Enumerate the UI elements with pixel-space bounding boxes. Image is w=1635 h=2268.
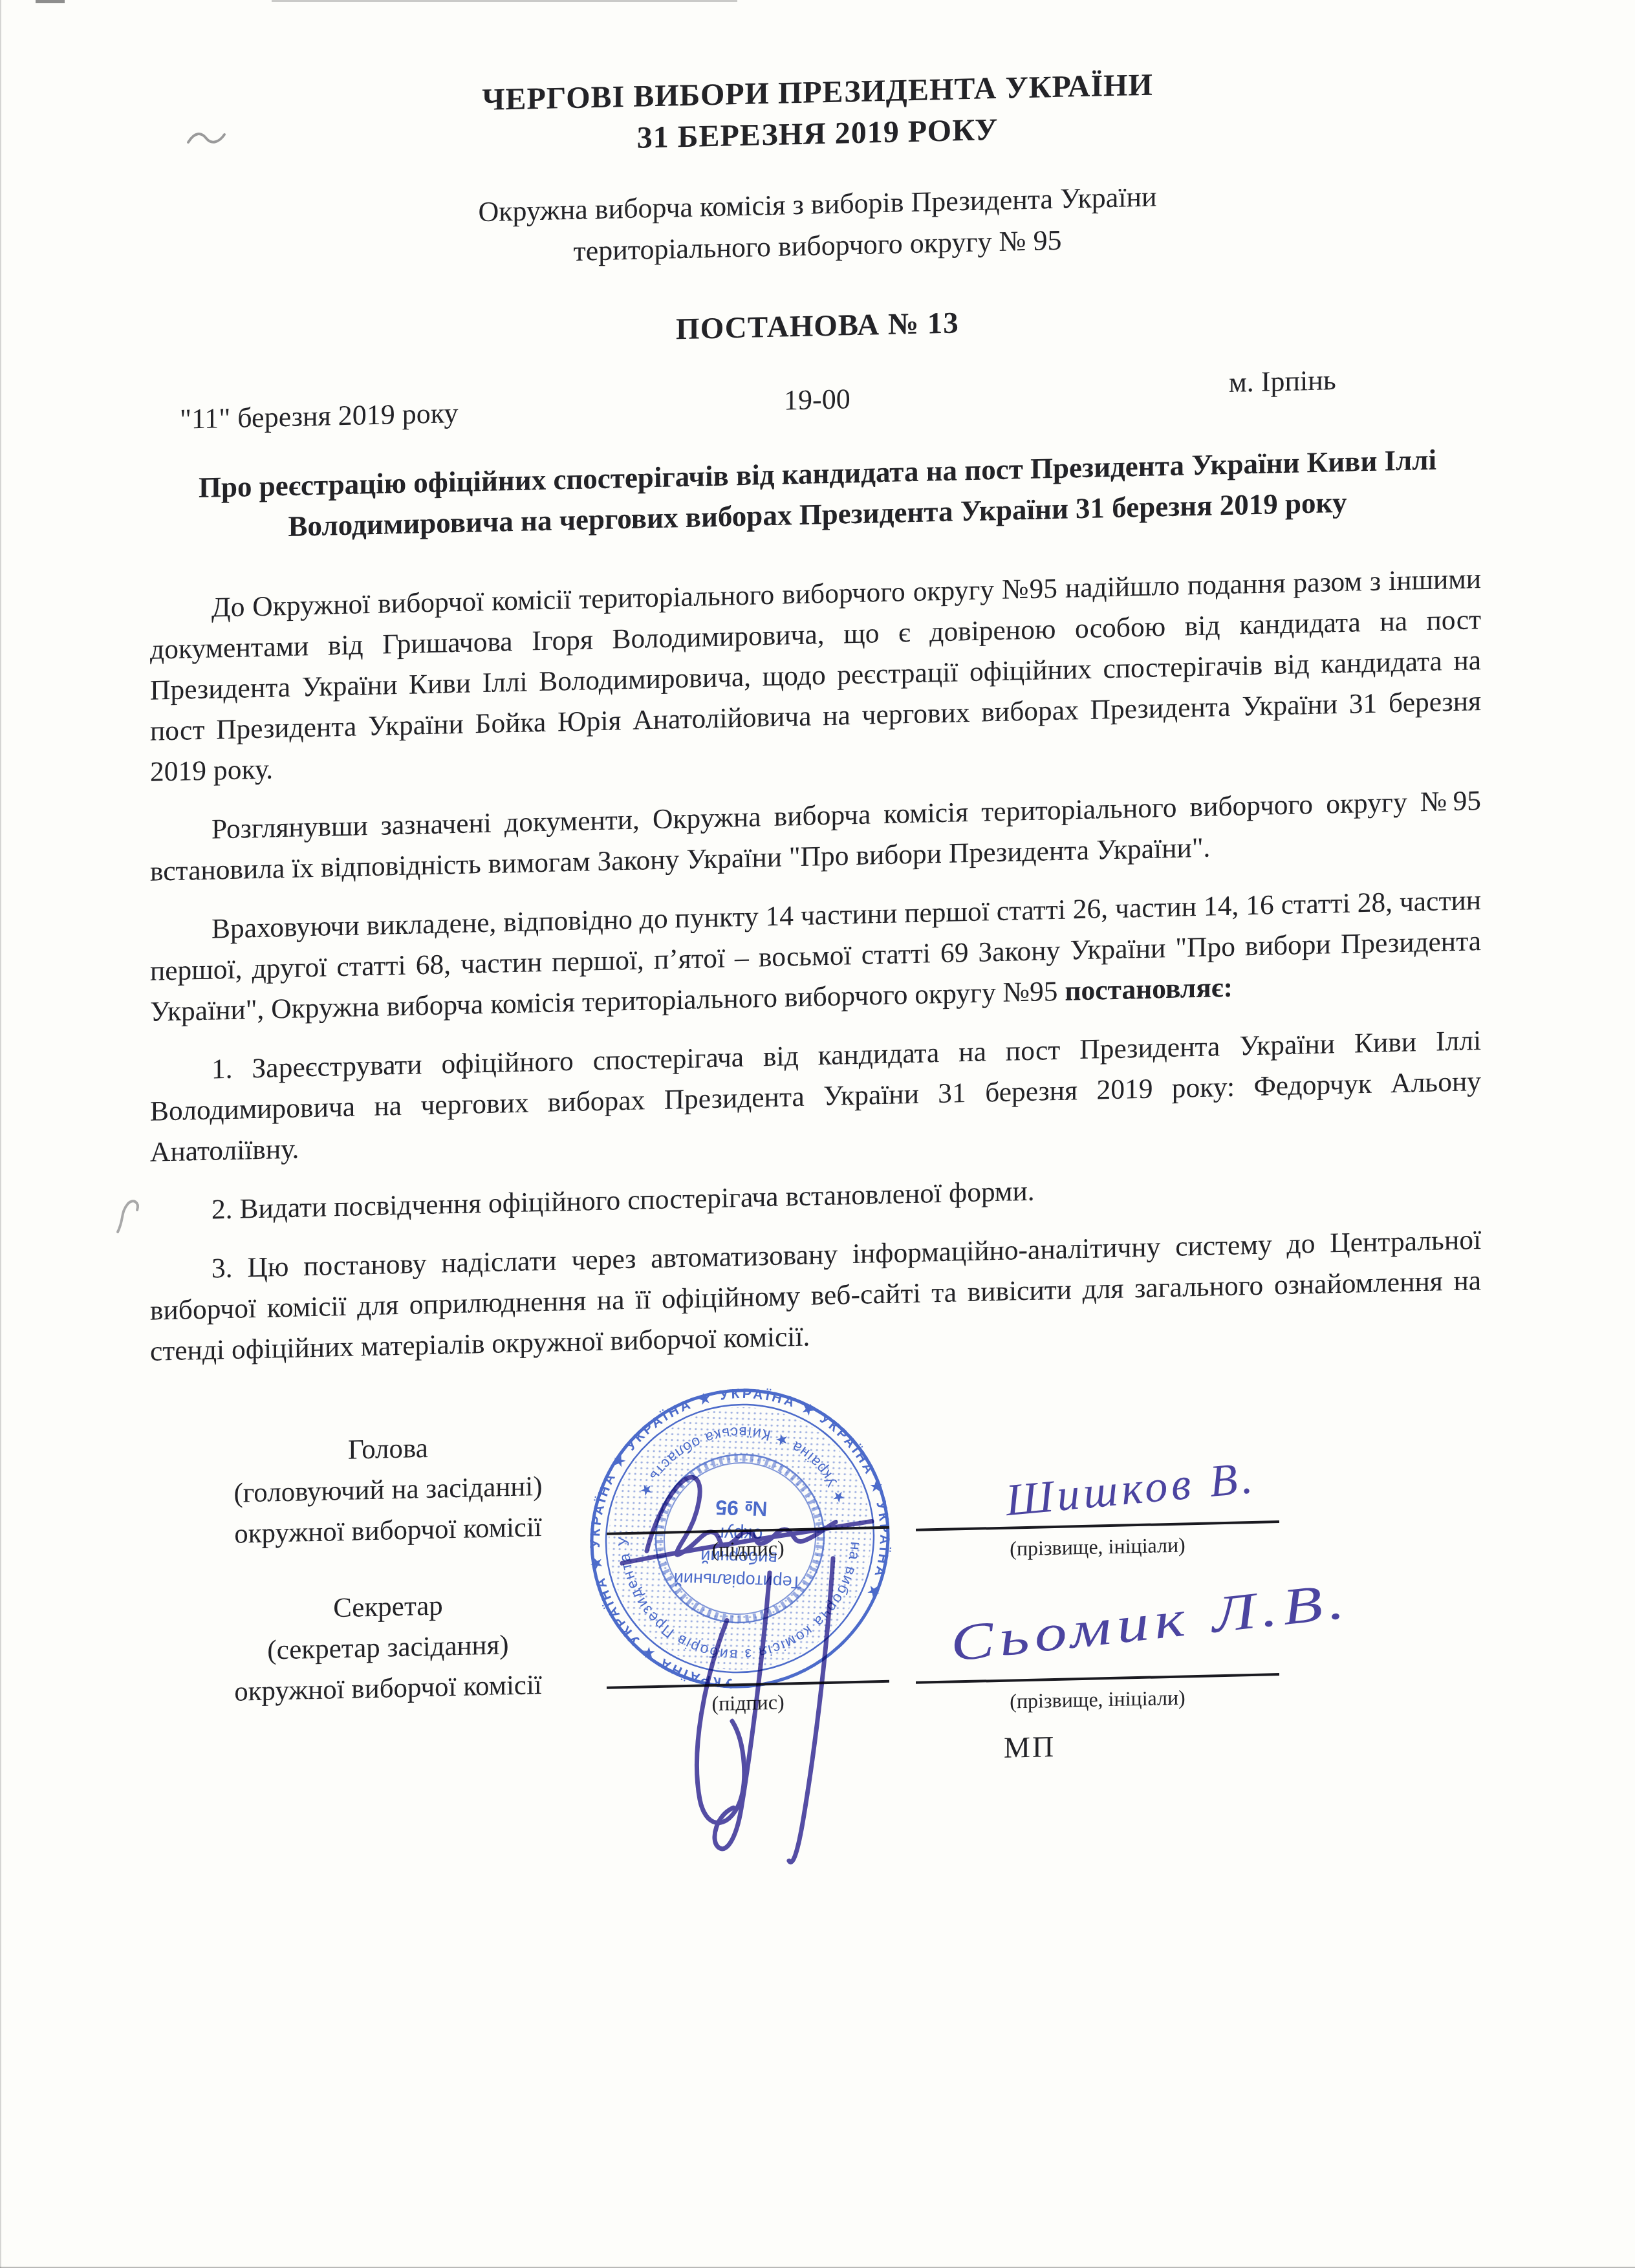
paragraph-3-text: Враховуючи викладене, відповідно до пунк… [150,885,1481,1028]
secretary-signature-ink [697,1620,744,1823]
document-header: ЧЕРГОВІ ВИБОРИ ПРЕЗИДЕНТА УКРАЇНИ 31 БЕР… [0,54,1635,173]
secretary-signature-ink [715,1573,770,1849]
paragraph-3: Враховуючи викладене, відповідно до пунк… [150,880,1481,1033]
resolution-item-2: 2. Видати посвідчення офіційного спостер… [150,1161,1481,1232]
resolution-title: ПОСТАНОВА № 13 [0,287,1635,365]
paragraph-3-resolves-word: постановляє: [1065,972,1233,1007]
paragraph-1: До Окружної виборчої комісії територіаль… [150,559,1481,793]
resolution-time: 19-00 [784,382,850,416]
resolution-item-1: 1. Зареєструвати офіційного спостерігача… [150,1021,1481,1173]
commission-name: Окружна виборча комісія з виборів Презид… [0,166,1635,285]
signature-section: УКРАЇНА ★ УКРАЇНА ★ УКРАЇНА ★ УКРАЇНА ★ … [0,1362,1635,1955]
seal-place-mark: МП [1004,1729,1056,1765]
paragraph-2: Розглянувши зазначені документи, Окружна… [150,781,1481,892]
scanned-document-page: ЧЕРГОВІ ВИБОРИ ПРЕЗИДЕНТА УКРАЇНИ 31 БЕР… [0,0,1635,2268]
resolution-subject: Про реєстрацію офіційних спостерігачів в… [177,439,1458,550]
meta-row: "11" березня 2019 року 19-00 м. Ірпінь [0,361,1635,443]
handwritten-signatures [0,1362,1635,1955]
secretary-signature-ink [789,1559,833,1863]
resolution-date: "11" березня 2019 року [180,396,459,436]
resolution-item-3: 3. Цю постанову надіслати через автомати… [150,1220,1481,1372]
resolution-place: м. Ірпінь [1229,363,1336,399]
resolution-body: До Окружної виборчої комісії територіаль… [0,556,1635,1376]
document-content: ЧЕРГОВІ ВИБОРИ ПРЕЗИДЕНТА УКРАЇНИ 31 БЕР… [0,0,1635,1955]
